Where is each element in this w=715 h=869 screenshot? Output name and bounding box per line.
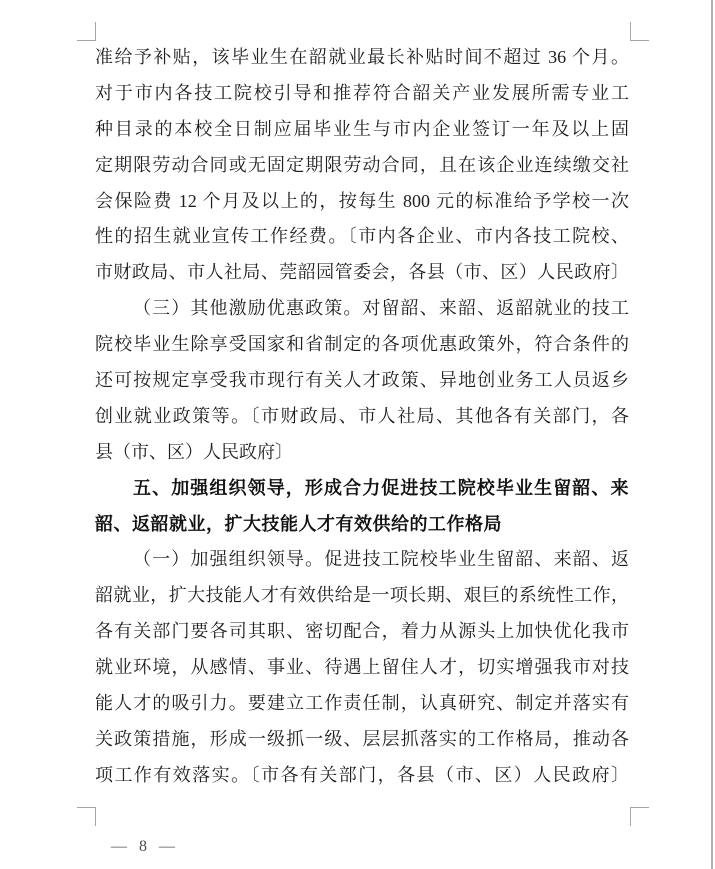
text-line: 性的招生就业宣传工作经费。〔市内各企业、市内各技工院校、 xyxy=(95,219,629,255)
paragraph-strengthen-organizational-leadership: （一）加强组织领导。促进技工院校毕业生留韶、来韶、返韶就业，扩大技能人才有效供给… xyxy=(95,542,629,793)
text-area: 准给予补贴，该毕业生在韶就业最长补贴时间不超过 36 个月。对于市内各技工院校引… xyxy=(95,40,629,794)
paragraph-section-five-heading: 五、加强组织领导，形成合力促进技工院校毕业生留韶、来韶、返韶就业，扩大技能人才有… xyxy=(95,471,629,543)
paragraph-other-incentive-policies: （三）其他激励优惠政策。对留韶、来韶、返韶就业的技工院校毕业生除享受国家和省制定… xyxy=(95,291,629,470)
page-footer: — 8 — xyxy=(95,838,629,856)
page-right-edge xyxy=(711,0,713,869)
text-line: 定期限劳动合同或无固定期限劳动合同，且在该企业连续缴交社 xyxy=(95,148,629,184)
text-line: 会保险费 12 个月及以上的，按每生 800 元的标准给予学校一次 xyxy=(95,184,629,220)
text-line: （一）加强组织领导。促进技工院校毕业生留韶、来韶、返 xyxy=(95,542,629,578)
text-line: 院校毕业生除享受国家和省制定的各项优惠政策外，符合条件的 xyxy=(95,327,629,363)
crop-mark-top-right xyxy=(630,22,649,41)
crop-mark-bottom-right xyxy=(630,807,649,826)
document-page: 准给予补贴，该毕业生在韶就业最长补贴时间不超过 36 个月。对于市内各技工院校引… xyxy=(0,0,715,869)
text-line: 还可按规定享受我市现行有关人才政策、异地创业务工人员返乡 xyxy=(95,363,629,399)
text-line: 关政策措施，形成一级抓一级、层层抓落实的工作格局，推动各 xyxy=(95,722,629,758)
paragraph-subsidy-policy-continuation: 准给予补贴，该毕业生在韶就业最长补贴时间不超过 36 个月。对于市内各技工院校引… xyxy=(95,40,629,291)
text-line: 创业就业政策等。〔市财政局、市人社局、其他各有关部门，各 xyxy=(95,399,629,435)
text-line: 项工作有效落实。〔市各有关部门，各县（市、区）人民政府〕 xyxy=(95,758,629,794)
text-line: 县（市、区）人民政府〕 xyxy=(95,435,629,471)
crop-mark-bottom-left xyxy=(77,807,96,826)
text-line: 各有关部门要各司其职、密切配合，着力从源头上加快优化我市 xyxy=(95,614,629,650)
text-line: 能人才的吸引力。要建立工作责任制，认真研究、制定并落实有 xyxy=(95,686,629,722)
text-line: 韶就业，扩大技能人才有效供给是一项长期、艰巨的系统性工作， xyxy=(95,578,629,614)
text-line: 市财政局、市人社局、莞韶园管委会，各县（市、区）人民政府〕 xyxy=(95,255,629,291)
text-line: 就业环境，从感情、事业、待遇上留住人才，切实增强我市对技 xyxy=(95,650,629,686)
crop-mark-top-left xyxy=(77,22,96,41)
text-line: 准给予补贴，该毕业生在韶就业最长补贴时间不超过 36 个月。 xyxy=(95,40,629,76)
text-line: 五、加强组织领导，形成合力促进技工院校毕业生留韶、来 xyxy=(95,471,629,507)
text-line: 韶、返韶就业，扩大技能人才有效供给的工作格局 xyxy=(95,507,629,543)
text-line: （三）其他激励优惠政策。对留韶、来韶、返韶就业的技工 xyxy=(95,291,629,327)
text-line: 种目录的本校全日制应届毕业生与市内企业签订一年及以上固 xyxy=(95,112,629,148)
page-number: — 8 — xyxy=(111,838,179,856)
text-line: 对于市内各技工院校引导和推荐符合韶关产业发展所需专业工 xyxy=(95,76,629,112)
